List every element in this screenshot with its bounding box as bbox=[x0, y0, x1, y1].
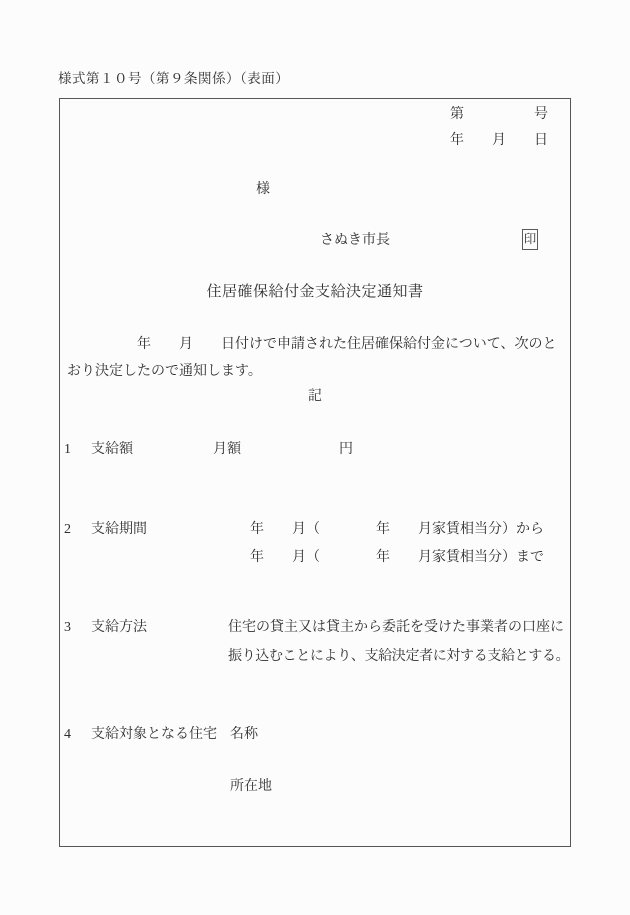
item-number: 4 bbox=[64, 725, 71, 745]
item-row-target-housing-location: 所在地 bbox=[60, 777, 570, 797]
item-content: 年 月（ 年 月家賃相当分）から bbox=[250, 520, 544, 540]
item-row-payment-method-line2: 振り込むことにより、支給決定者に対する支給とする。 bbox=[60, 647, 570, 667]
item-content: 月額 円 bbox=[213, 440, 353, 460]
item-number: 1 bbox=[64, 440, 71, 460]
record-heading: 記 bbox=[60, 387, 570, 407]
notice-body-line2: おり決定したので通知します。 bbox=[67, 362, 262, 382]
item-number: 2 bbox=[64, 520, 71, 540]
item-label: 支給額 bbox=[91, 440, 133, 460]
notice-title: 住居確保給付金支給決定通知書 bbox=[60, 281, 570, 303]
housing-name-label: 名称 bbox=[230, 725, 258, 745]
item-row-payment-period-to: 年 月（ 年 月家賃相当分）まで bbox=[60, 548, 570, 568]
housing-location-label: 所在地 bbox=[230, 777, 272, 797]
item-row-payment-amount: 1 支給額 月額 円 bbox=[60, 440, 570, 460]
date-line: 年 月 日 bbox=[450, 128, 548, 154]
document-page: 様式第１０号（第９条関係）（表面） 第 号 年 月 日 様 さぬき市長 印 住居… bbox=[0, 0, 630, 915]
issuer-name: さぬき市長 bbox=[320, 231, 390, 251]
item-row-payment-method-line1: 3 支給方法 住宅の貸主又は貸主から委託を受けた事業者の口座に bbox=[60, 618, 570, 638]
notice-body-line1: 年 月 日付けで申請された住居確保給付金について、次のと bbox=[67, 335, 556, 355]
item-number: 3 bbox=[64, 618, 71, 638]
doc-number-line: 第 号 bbox=[450, 102, 548, 128]
item-row-target-housing-name: 4 支給対象となる住宅 名称 bbox=[60, 725, 570, 745]
letterhead-number-block: 第 号 年 月 日 bbox=[450, 102, 548, 154]
form-number-label: 様式第１０号（第９条関係）（表面） bbox=[58, 69, 289, 89]
item-content: 振り込むことにより、支給決定者に対する支給とする。 bbox=[228, 647, 569, 667]
seal-mark: 印 bbox=[524, 233, 537, 246]
item-label: 支給対象となる住宅 bbox=[91, 725, 217, 745]
notice-frame: 第 号 年 月 日 様 さぬき市長 印 住居確保給付金支給決定通知書 年 月 日… bbox=[59, 98, 571, 847]
item-label: 支給方法 bbox=[91, 618, 147, 638]
item-content: 住宅の貸主又は貸主から委託を受けた事業者の口座に bbox=[228, 618, 564, 638]
item-row-payment-period-from: 2 支給期間 年 月（ 年 月家賃相当分）から bbox=[60, 520, 570, 540]
item-label: 支給期間 bbox=[91, 520, 147, 540]
seal-placeholder-box: 印 bbox=[522, 229, 538, 250]
addressee-honorific: 様 bbox=[256, 180, 270, 200]
item-content: 年 月（ 年 月家賃相当分）まで bbox=[250, 548, 544, 568]
